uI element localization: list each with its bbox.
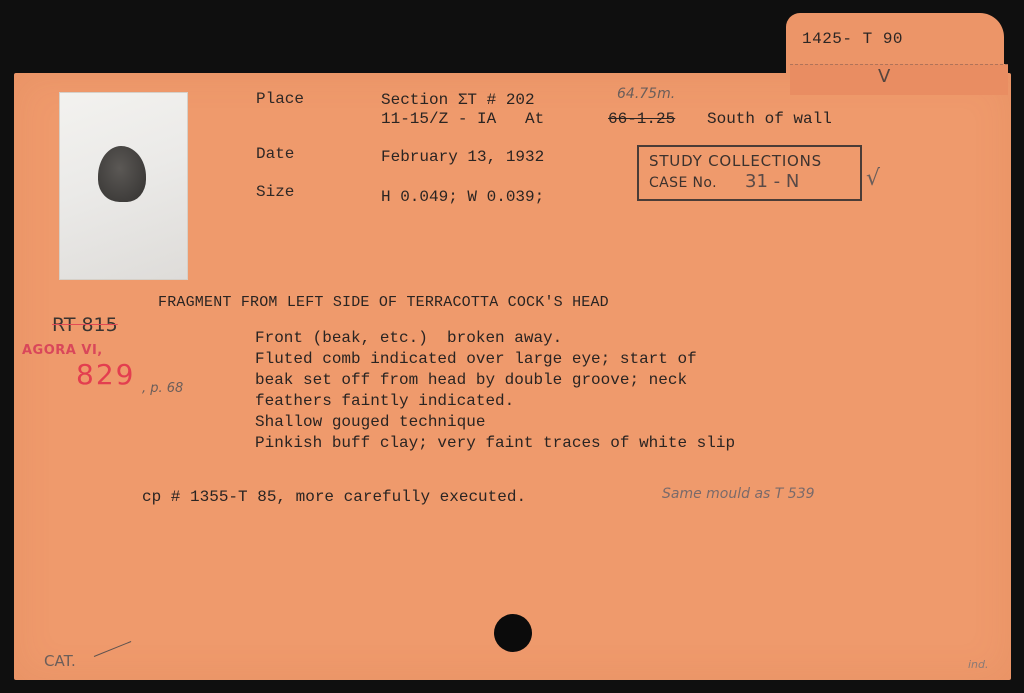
description: Front (beak, etc.) broken away. Fluted c… [255,328,735,454]
punch-hole [494,614,532,652]
comparison-note: cp # 1355-T 85, more carefully executed. [142,488,526,506]
stamp-title: STUDY COLLECTIONS [649,152,822,170]
artifact-image [98,146,146,202]
stamp-check-mark: √ [866,166,880,191]
place-line-2: 11-15/Z - IA At [381,110,544,128]
mould-note: Same mould as T 539 [662,486,815,502]
description-line: feathers faintly indicated. [255,391,735,412]
agora-stamp: AGORA VI, [22,343,103,358]
description-line: Pinkish buff clay; very faint traces of … [255,433,735,454]
description-line: beak set off from head by double groove;… [255,370,735,391]
place-label: Place [256,90,304,108]
description-line: Shallow gouged technique [255,412,735,433]
stamp-case-label: CASE No. [649,175,717,191]
index-note: ind. [968,658,989,671]
tab-check-mark: V [878,66,890,87]
size-label: Size [256,183,294,201]
object-title: FRAGMENT FROM LEFT SIDE OF TERRACOTTA CO… [158,294,609,311]
description-line: Fluted comb indicated over large eye; st… [255,349,735,370]
place-suffix: South of wall [707,110,832,128]
catalog-number: 1425- T 90 [802,30,903,48]
tab-tape [790,64,1008,95]
study-collections-stamp: STUDY COLLECTIONS CASE No. 31 - N [637,145,862,201]
place-line-1: Section ΣT # 202 [381,91,535,109]
stamp-case-value: 31 - N [745,171,799,192]
agora-number: 829 [76,358,135,391]
date-value: February 13, 1932 [381,148,544,166]
description-line: Front (beak, etc.) broken away. [255,328,735,349]
place-handwritten-correction: 64.75m. [617,86,675,102]
size-value: H 0.049; W 0.039; [381,188,544,206]
date-label: Date [256,145,294,163]
page-reference: , p. 68 [142,381,183,396]
struck-reference: RT 815 [52,314,118,336]
cat-note: CAT. [44,652,76,670]
place-struck-value: 66-1.25 [608,110,675,128]
